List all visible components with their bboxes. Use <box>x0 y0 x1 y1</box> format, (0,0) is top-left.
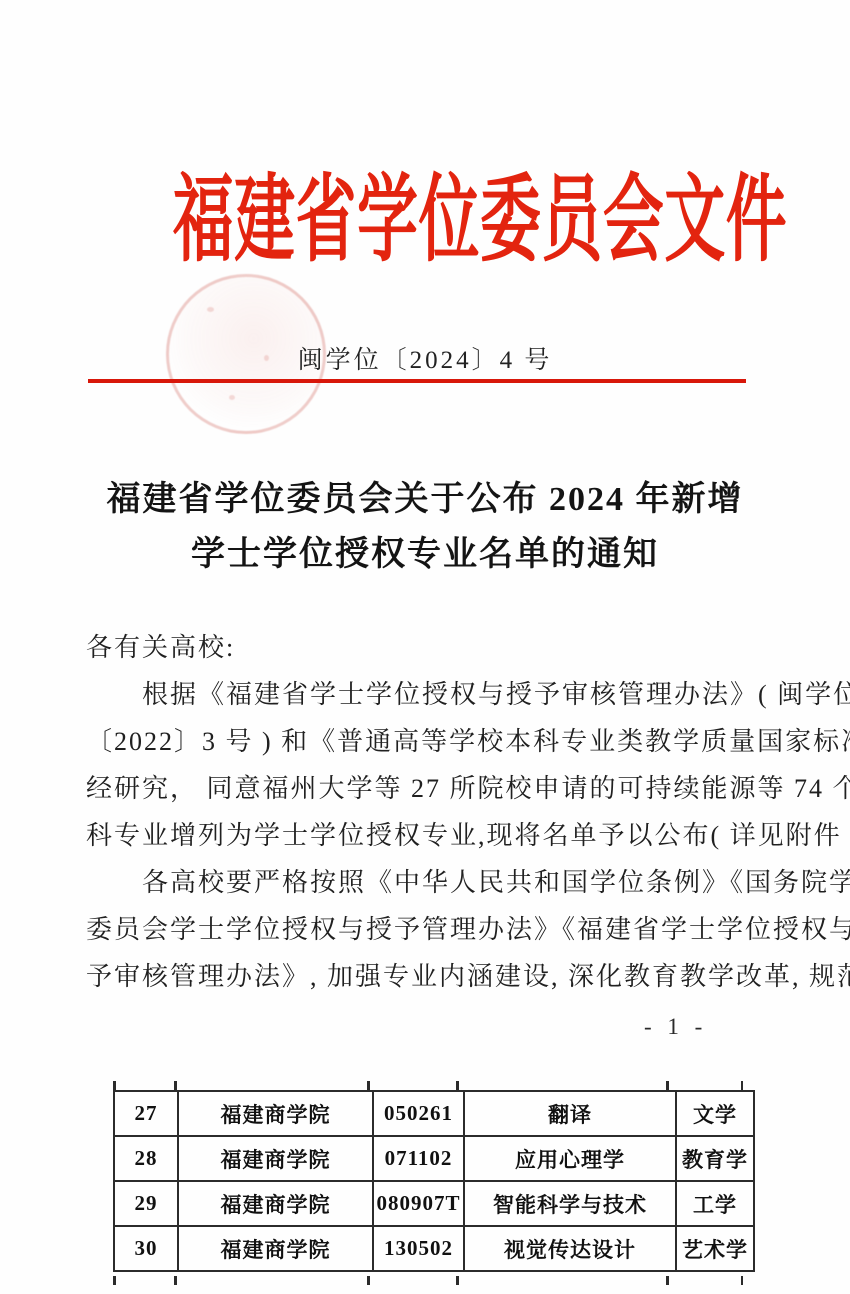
table-continuation-stub <box>113 1276 116 1285</box>
table-continuation-stub <box>174 1081 177 1090</box>
table-continuation-stub <box>367 1276 370 1285</box>
table-continuation-stub <box>666 1276 669 1285</box>
cell-major-code: 130502 <box>373 1226 464 1271</box>
cell-major-code: 071102 <box>373 1136 464 1181</box>
table-row: 27 福建商学院 050261 翻译 文学 <box>114 1091 754 1136</box>
body-line: 经研究， 同意福州大学等 27 所院校申请的可持续能源等 74 个本 <box>86 765 764 812</box>
cell-major-name: 视觉传达设计 <box>464 1226 676 1271</box>
salutation: 各有关高校: <box>86 624 764 671</box>
table-row: 30 福建商学院 130502 视觉传达设计 艺术学 <box>114 1226 754 1271</box>
cell-major-name: 智能科学与技术 <box>464 1181 676 1226</box>
body-line: 〔2022〕3 号 ) 和《普通高等学校本科专业类教学质量国家标准》, <box>86 718 764 765</box>
table-continuation-stub <box>456 1081 459 1090</box>
table-continuation-stub <box>113 1081 116 1090</box>
cell-row-number: 28 <box>114 1136 178 1181</box>
cell-major-name: 应用心理学 <box>464 1136 676 1181</box>
table-continuation-stub <box>367 1081 370 1090</box>
cell-row-number: 30 <box>114 1226 178 1271</box>
cell-school-name: 福建商学院 <box>178 1181 373 1226</box>
cell-school-name: 福建商学院 <box>178 1226 373 1271</box>
cell-major-code: 080907T <box>373 1181 464 1226</box>
body-line: 各高校要严格按照《中华人民共和国学位条例》《国务院学位 <box>86 859 764 906</box>
notice-title-line2: 学士学位授权专业名单的通知 <box>0 527 850 582</box>
letterhead-divider-rule <box>88 379 746 383</box>
table-continuation-stub <box>666 1081 669 1090</box>
cell-school-name: 福建商学院 <box>178 1136 373 1181</box>
notice-title: 福建省学位委员会关于公布 2024 年新增 学士学位授权专业名单的通知 <box>0 472 850 582</box>
table-continuation-stub <box>174 1276 177 1285</box>
cell-major-code: 050261 <box>373 1091 464 1136</box>
notice-title-line1: 福建省学位委员会关于公布 2024 年新增 <box>0 472 850 527</box>
body-line: 委员会学士学位授权与授予管理办法》《福建省学士学位授权与授 <box>86 906 764 953</box>
seal-speckle <box>207 307 214 312</box>
cell-degree-category: 教育学 <box>676 1136 754 1181</box>
scanned-official-document: 福建省学位委员会文件 闽学位〔2024〕4 号 福建省学位委员会关于公布 202… <box>0 0 850 1294</box>
body-line: 根据《福建省学士学位授权与授予审核管理办法》( 闽学位 <box>86 671 764 718</box>
cell-degree-category: 工学 <box>676 1181 754 1226</box>
letterhead-banner: 福建省学位委员会文件 <box>0 166 850 274</box>
table-continuation-stub <box>741 1276 744 1285</box>
table-continuation-stub <box>741 1081 744 1090</box>
body-line: 予审核管理办法》, 加强专业内涵建设, 深化教育教学改革, 规范 <box>86 953 764 1000</box>
table-continuation-stub <box>456 1276 459 1285</box>
cell-row-number: 29 <box>114 1181 178 1226</box>
major-authorization-table: 27 福建商学院 050261 翻译 文学 28 福建商学院 071102 应用… <box>113 1090 755 1272</box>
table-row: 28 福建商学院 071102 应用心理学 教育学 <box>114 1136 754 1181</box>
body-text: 各有关高校: 根据《福建省学士学位授权与授予审核管理办法》( 闽学位 〔2022… <box>86 624 764 1000</box>
cell-school-name: 福建商学院 <box>178 1091 373 1136</box>
document-number: 闽学位〔2024〕4 号 <box>0 344 850 378</box>
cell-row-number: 27 <box>114 1091 178 1136</box>
cell-major-name: 翻译 <box>464 1091 676 1136</box>
body-line: 科专业增列为学士学位授权专业,现将名单予以公布( 详见附件 )。 <box>86 812 764 859</box>
cell-degree-category: 艺术学 <box>676 1226 754 1271</box>
table-row: 29 福建商学院 080907T 智能科学与技术 工学 <box>114 1181 754 1226</box>
letterhead-title: 福建省学位委员会文件 <box>173 166 787 274</box>
page-number: - 1 - <box>644 1014 707 1040</box>
cell-degree-category: 文学 <box>676 1091 754 1136</box>
seal-speckle <box>229 395 235 400</box>
